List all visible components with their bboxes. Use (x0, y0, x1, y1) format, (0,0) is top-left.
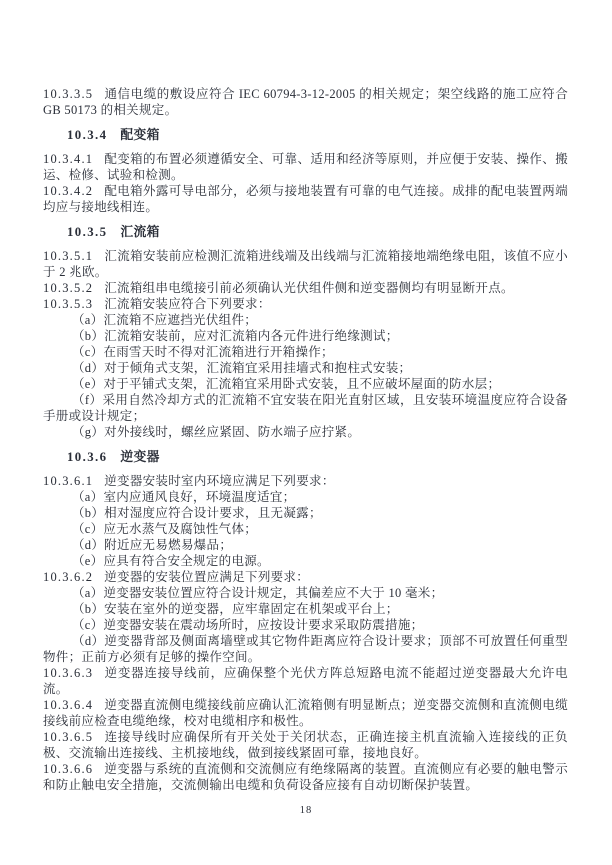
clause-number: 10.3.6.5 (43, 730, 93, 744)
section-heading: 10.3.5汇流箱 (67, 224, 568, 240)
list-item-label: （d） (72, 361, 104, 375)
list-item: （c）在雨雪天时不得对汇流箱进行开箱操作； (43, 344, 568, 360)
clause-number: 10.3.6.1 (43, 474, 93, 488)
list-item: （d）对于倾角式支架，汇流箱宜采用挂墙式和抱柱式安装； (43, 360, 568, 376)
clause-number: 10.3.5.3 (43, 297, 93, 311)
section-heading: 10.3.4配变箱 (67, 127, 568, 143)
list-item: （a）汇流箱不应遮挡光伏组件； (43, 312, 568, 328)
clause-number: 10.3.6.3 (43, 666, 93, 680)
section-title: 汇流箱 (120, 225, 159, 239)
section-title: 逆变器 (120, 450, 159, 464)
clause-number: 10.3.3.5 (43, 87, 93, 101)
section-number: 10.3.6 (67, 450, 107, 464)
clause-text: 逆变器直流侧电缆接线前应确认汇流箱侧有明显断点；逆变器交流侧和直流侧电缆接线前应… (43, 698, 568, 728)
list-item-label: （b） (72, 506, 104, 520)
clause-paragraph: 10.3.6.5连接导线时应确保所有开关处于关闭状态，正确连接主机直流输入连接线… (43, 729, 568, 761)
section-title: 配变箱 (120, 128, 159, 142)
list-item-label: （g） (72, 425, 104, 439)
list-item-text: 附近应无易燃易爆品； (104, 538, 232, 552)
list-item: （c）应无水蒸气及腐蚀性气体； (43, 521, 568, 537)
list-item-text: 相对湿度应符合设计要求，且无凝露； (104, 506, 322, 520)
list-item-text: 在雨雪天时不得对汇流箱进行开箱操作； (103, 345, 333, 359)
list-item-label: （f） (72, 393, 102, 407)
clause-paragraph: 10.3.4.1配变箱的布置必须遵循安全、可靠、适用和经济等原则，并应便于安装、… (43, 151, 568, 183)
list-item: （b）相对湿度应符合设计要求，且无凝露； (43, 505, 568, 521)
list-item: （a）室内应通风良好，环境温度适宜； (43, 489, 568, 505)
list-item-label: （c） (72, 345, 103, 359)
list-item-label: （a） (72, 313, 103, 327)
list-item: （g）对外接线时，螺丝应紧固、防水端子应拧紧。 (43, 424, 568, 440)
list-item-label: （c） (72, 618, 103, 632)
list-item-label: （e） (72, 554, 103, 568)
clause-paragraph: 10.3.5.1汇流箱安装前应检测汇流箱进线端及出线端与汇流箱接地端绝缘电阻，该… (43, 248, 568, 280)
clause-paragraph: 10.3.6.4逆变器直流侧电缆接线前应确认汇流箱侧有明显断点；逆变器交流侧和直… (43, 697, 568, 729)
list-item-text: 汇流箱不应遮挡光伏组件； (103, 313, 257, 327)
clause-number: 10.3.6.4 (43, 698, 93, 712)
list-item: （a）逆变器安装位置应符合设计规定，其偏差应不大于 10 毫米； (43, 585, 568, 601)
list-item-text: 汇流箱安装前，应对汇流箱内各元件进行绝缘测试； (104, 329, 398, 343)
list-item: （d）逆变器背部及侧面离墙壁或其它物件距离应符合设计要求；顶部不可放置任何重型物… (43, 633, 568, 665)
clause-text: 逆变器的安装位置应满足下列要求： (104, 570, 309, 584)
clause-paragraph: 10.3.6.2逆变器的安装位置应满足下列要求： (43, 569, 568, 585)
clause-paragraph: 10.3.3.5通信电缆的敷设应符合 IEC 60794-3-12-2005 的… (43, 86, 568, 118)
clause-text: 汇流箱安装应符合下列要求： (104, 297, 270, 311)
list-item-text: 安装在室外的逆变器，应牢靠固定在机架或平台上； (104, 602, 398, 616)
list-item-text: 对于倾角式支架，汇流箱宜采用挂墙式和抱柱式安装； (104, 361, 411, 375)
page-footer: 18 (0, 800, 612, 818)
list-item-label: （e） (72, 377, 103, 391)
clause-number: 10.3.6.2 (43, 570, 93, 584)
clause-text: 汇流箱组串电缆接引前必须确认光伏组件侧和逆变器侧均有明显断开点。 (104, 281, 514, 295)
list-item-label: （d） (72, 634, 104, 648)
clause-text: 配电箱外露可导电部分，必须与接地装置有可靠的电气连接。成排的配电装置两端均应与接… (43, 184, 568, 214)
list-item-label: （b） (72, 602, 104, 616)
clause-number: 10.3.5.2 (43, 281, 93, 295)
clause-number: 10.3.5.1 (43, 249, 93, 263)
page-number: 18 (300, 805, 313, 816)
clause-number: 10.3.6.6 (43, 762, 93, 776)
list-item-text: 应具有符合安全规定的电源。 (103, 554, 269, 568)
list-item: （f）采用自然冷却方式的汇流箱不宜安装在阳光直射区域，且安装环境温度应符合设备手… (43, 392, 568, 424)
list-item: （c）逆变器安装在震动场所时，应按设计要求采取防震措施； (43, 617, 568, 633)
list-item-text: 逆变器背部及侧面离墙壁或其它物件距离应符合设计要求；顶部不可放置任何重型物件；正… (43, 634, 568, 664)
clause-text: 汇流箱安装前应检测汇流箱进线端及出线端与汇流箱接地端绝缘电阻，该值不应小于 2 … (43, 249, 568, 279)
list-item-label: （b） (72, 329, 104, 343)
list-item-text: 采用自然冷却方式的汇流箱不宜安装在阳光直射区域，且安装环境温度应符合设备手册或设… (43, 393, 568, 423)
clause-paragraph: 10.3.5.2汇流箱组串电缆接引前必须确认光伏组件侧和逆变器侧均有明显断开点。 (43, 280, 568, 296)
clause-text: 逆变器安装时室内环境应满足下列要求： (104, 474, 334, 488)
clause-text: 配变箱的布置必须遵循安全、可靠、适用和经济等原则，并应便于安装、操作、搬运、检修… (43, 152, 568, 182)
list-item-text: 对于平铺式支架，汇流箱宜采用卧式安装，且不应破坏屋面的防水层； (103, 377, 500, 391)
list-item-label: （d） (72, 538, 104, 552)
clause-text: 逆变器与系统的直流侧和交流侧应有绝缘隔离的装置。直流侧应有必要的触电警示和防止触… (43, 762, 568, 792)
list-item-text: 对外接线时，螺丝应紧固、防水端子应拧紧。 (104, 425, 360, 439)
list-item: （b）汇流箱安装前，应对汇流箱内各元件进行绝缘测试； (43, 328, 568, 344)
clause-paragraph: 10.3.4.2配电箱外露可导电部分，必须与接地装置有可靠的电气连接。成排的配电… (43, 183, 568, 215)
document-body: 10.3.3.5通信电缆的敷设应符合 IEC 60794-3-12-2005 的… (43, 86, 568, 793)
clause-paragraph: 10.3.5.3汇流箱安装应符合下列要求： (43, 296, 568, 312)
list-item-label: （a） (72, 586, 103, 600)
clause-paragraph: 10.3.6.1逆变器安装时室内环境应满足下列要求： (43, 473, 568, 489)
clause-number: 10.3.4.2 (43, 184, 93, 198)
clause-paragraph: 10.3.6.6逆变器与系统的直流侧和交流侧应有绝缘隔离的装置。直流侧应有必要的… (43, 761, 568, 793)
clause-text: 连接导线时应确保所有开关处于关闭状态，正确连接主机直流输入连接线的正负极、交流输… (43, 730, 568, 760)
section-number: 10.3.4 (67, 128, 107, 142)
list-item-label: （c） (72, 522, 103, 536)
list-item: （b）安装在室外的逆变器，应牢靠固定在机架或平台上； (43, 601, 568, 617)
list-item-text: 逆变器安装在震动场所时，应按设计要求采取防震措施； (103, 618, 423, 632)
list-item-text: 逆变器安装位置应符合设计规定，其偏差应不大于 10 毫米； (103, 586, 443, 600)
clause-paragraph: 10.3.6.3逆变器连接导线前，应确保整个光伏方阵总短路电流不能超过逆变器最大… (43, 665, 568, 697)
section-number: 10.3.5 (67, 225, 107, 239)
list-item: （e）应具有符合安全规定的电源。 (43, 553, 568, 569)
list-item: （e）对于平铺式支架，汇流箱宜采用卧式安装，且不应破坏屋面的防水层； (43, 376, 568, 392)
section-heading: 10.3.6逆变器 (67, 449, 568, 465)
clause-number: 10.3.4.1 (43, 152, 93, 166)
document-page: 10.3.3.5通信电缆的敷设应符合 IEC 60794-3-12-2005 的… (0, 0, 612, 865)
list-item-text: 应无水蒸气及腐蚀性气体； (103, 522, 257, 536)
list-item-text: 室内应通风良好，环境温度适宜； (103, 490, 295, 504)
clause-text: 逆变器连接导线前，应确保整个光伏方阵总短路电流不能超过逆变器最大允许电流。 (43, 666, 568, 696)
list-item-label: （a） (72, 490, 103, 504)
list-item: （d）附近应无易燃易爆品； (43, 537, 568, 553)
clause-text: 通信电缆的敷设应符合 IEC 60794-3-12-2005 的相关规定；架空线… (43, 87, 568, 117)
